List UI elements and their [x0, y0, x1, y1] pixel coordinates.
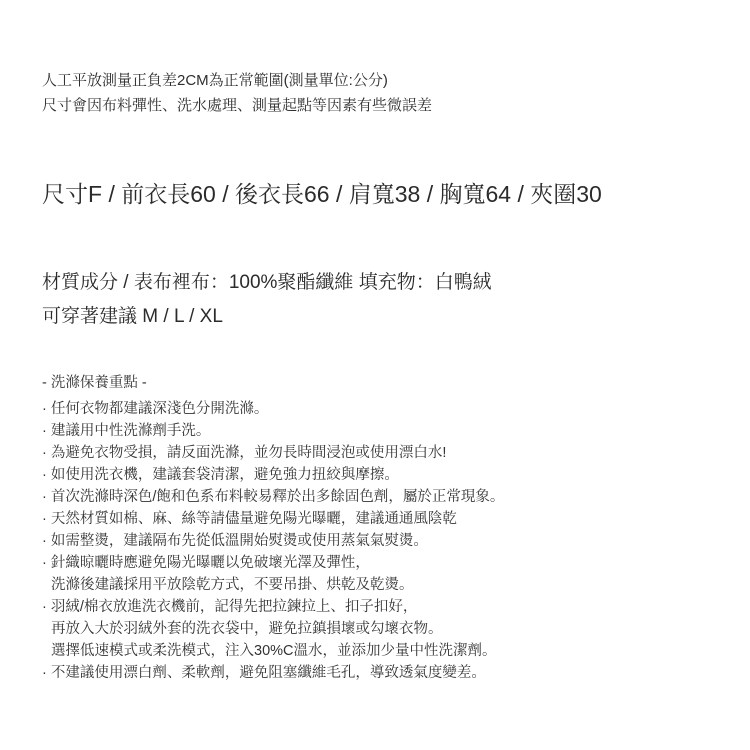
- measurement-note-line-2: 尺寸會因布料彈性、洗水處理、測量起點等因素有些微誤差: [42, 93, 710, 118]
- care-note-line-continuation: 選擇低速模式或柔洗模式，注入30%C溫水，並添加少量中性洗潔劑。: [42, 640, 710, 662]
- care-section-title: - 洗滌保養重點 -: [42, 372, 710, 394]
- care-note-line: · 為避免衣物受損，請反面洗滌，並勿長時間浸泡或使用漂白水!: [42, 442, 710, 464]
- material-composition-line: 材質成分 / 表布裡布：100%聚酯纖維 填充物：白鴨絨: [42, 266, 710, 300]
- care-note-line-continuation: 再放入大於羽絨外套的洗衣袋中，避免拉鎮損壞或勾壞衣物。: [42, 618, 710, 640]
- care-note-line: · 針織晾曬時應避免陽光曝曬以免破壞光澤及彈性，: [42, 552, 710, 574]
- wear-suggestion-line: 可穿著建議 M / L / XL: [42, 300, 710, 334]
- care-instructions-section: - 洗滌保養重點 - · 任何衣物都建議深淺色分開洗滌。 · 建議用中性洗滌劑手…: [42, 372, 710, 684]
- care-note-line: · 如使用洗衣機，建議套袋清潔，避免強力扭絞與摩擦。: [42, 464, 710, 486]
- material-info: 材質成分 / 表布裡布：100%聚酯纖維 填充物：白鴨絨 可穿著建議 M / L…: [42, 266, 710, 334]
- care-note-line: · 如需整燙，建議隔布先從低溫開始熨燙或使用蒸氣氣熨燙。: [42, 530, 710, 552]
- care-note-line: · 任何衣物都建議深淺色分開洗滌。: [42, 398, 710, 420]
- measurement-note-line-1: 人工平放測量正負差2CM為正常範圍(測量單位:公分): [42, 68, 710, 93]
- care-note-line: · 建議用中性洗滌劑手洗。: [42, 420, 710, 442]
- care-note-line: · 天然材質如棉、麻、絲等請儘量避免陽光曝曬，建議通通風陰乾: [42, 508, 710, 530]
- care-note-line: · 首次洗滌時深色/飽和色系布料較易釋於出多餘固色劑，屬於正常現象。: [42, 486, 710, 508]
- care-note-line-continuation: 洗滌後建議採用平放陰乾方式，不要吊掛、烘乾及乾燙。: [42, 574, 710, 596]
- size-spec-line: 尺寸F / 前衣長60 / 後衣長66 / 肩寬38 / 胸寬64 / 夾圈30: [42, 178, 710, 210]
- measurement-note: 人工平放測量正負差2CM為正常範圍(測量單位:公分) 尺寸會因布料彈性、洗水處理…: [42, 68, 710, 118]
- care-note-line: · 不建議使用漂白劑、柔軟劑，避免阻塞纖維毛孔，導致透氣度變差。: [42, 662, 710, 684]
- care-note-line: · 羽絨/棉衣放進洗衣機前，記得先把拉鍊拉上、扣子扣好，: [42, 596, 710, 618]
- product-description-panel: 人工平放測量正負差2CM為正常範圍(測量單位:公分) 尺寸會因布料彈性、洗水處理…: [0, 0, 750, 684]
